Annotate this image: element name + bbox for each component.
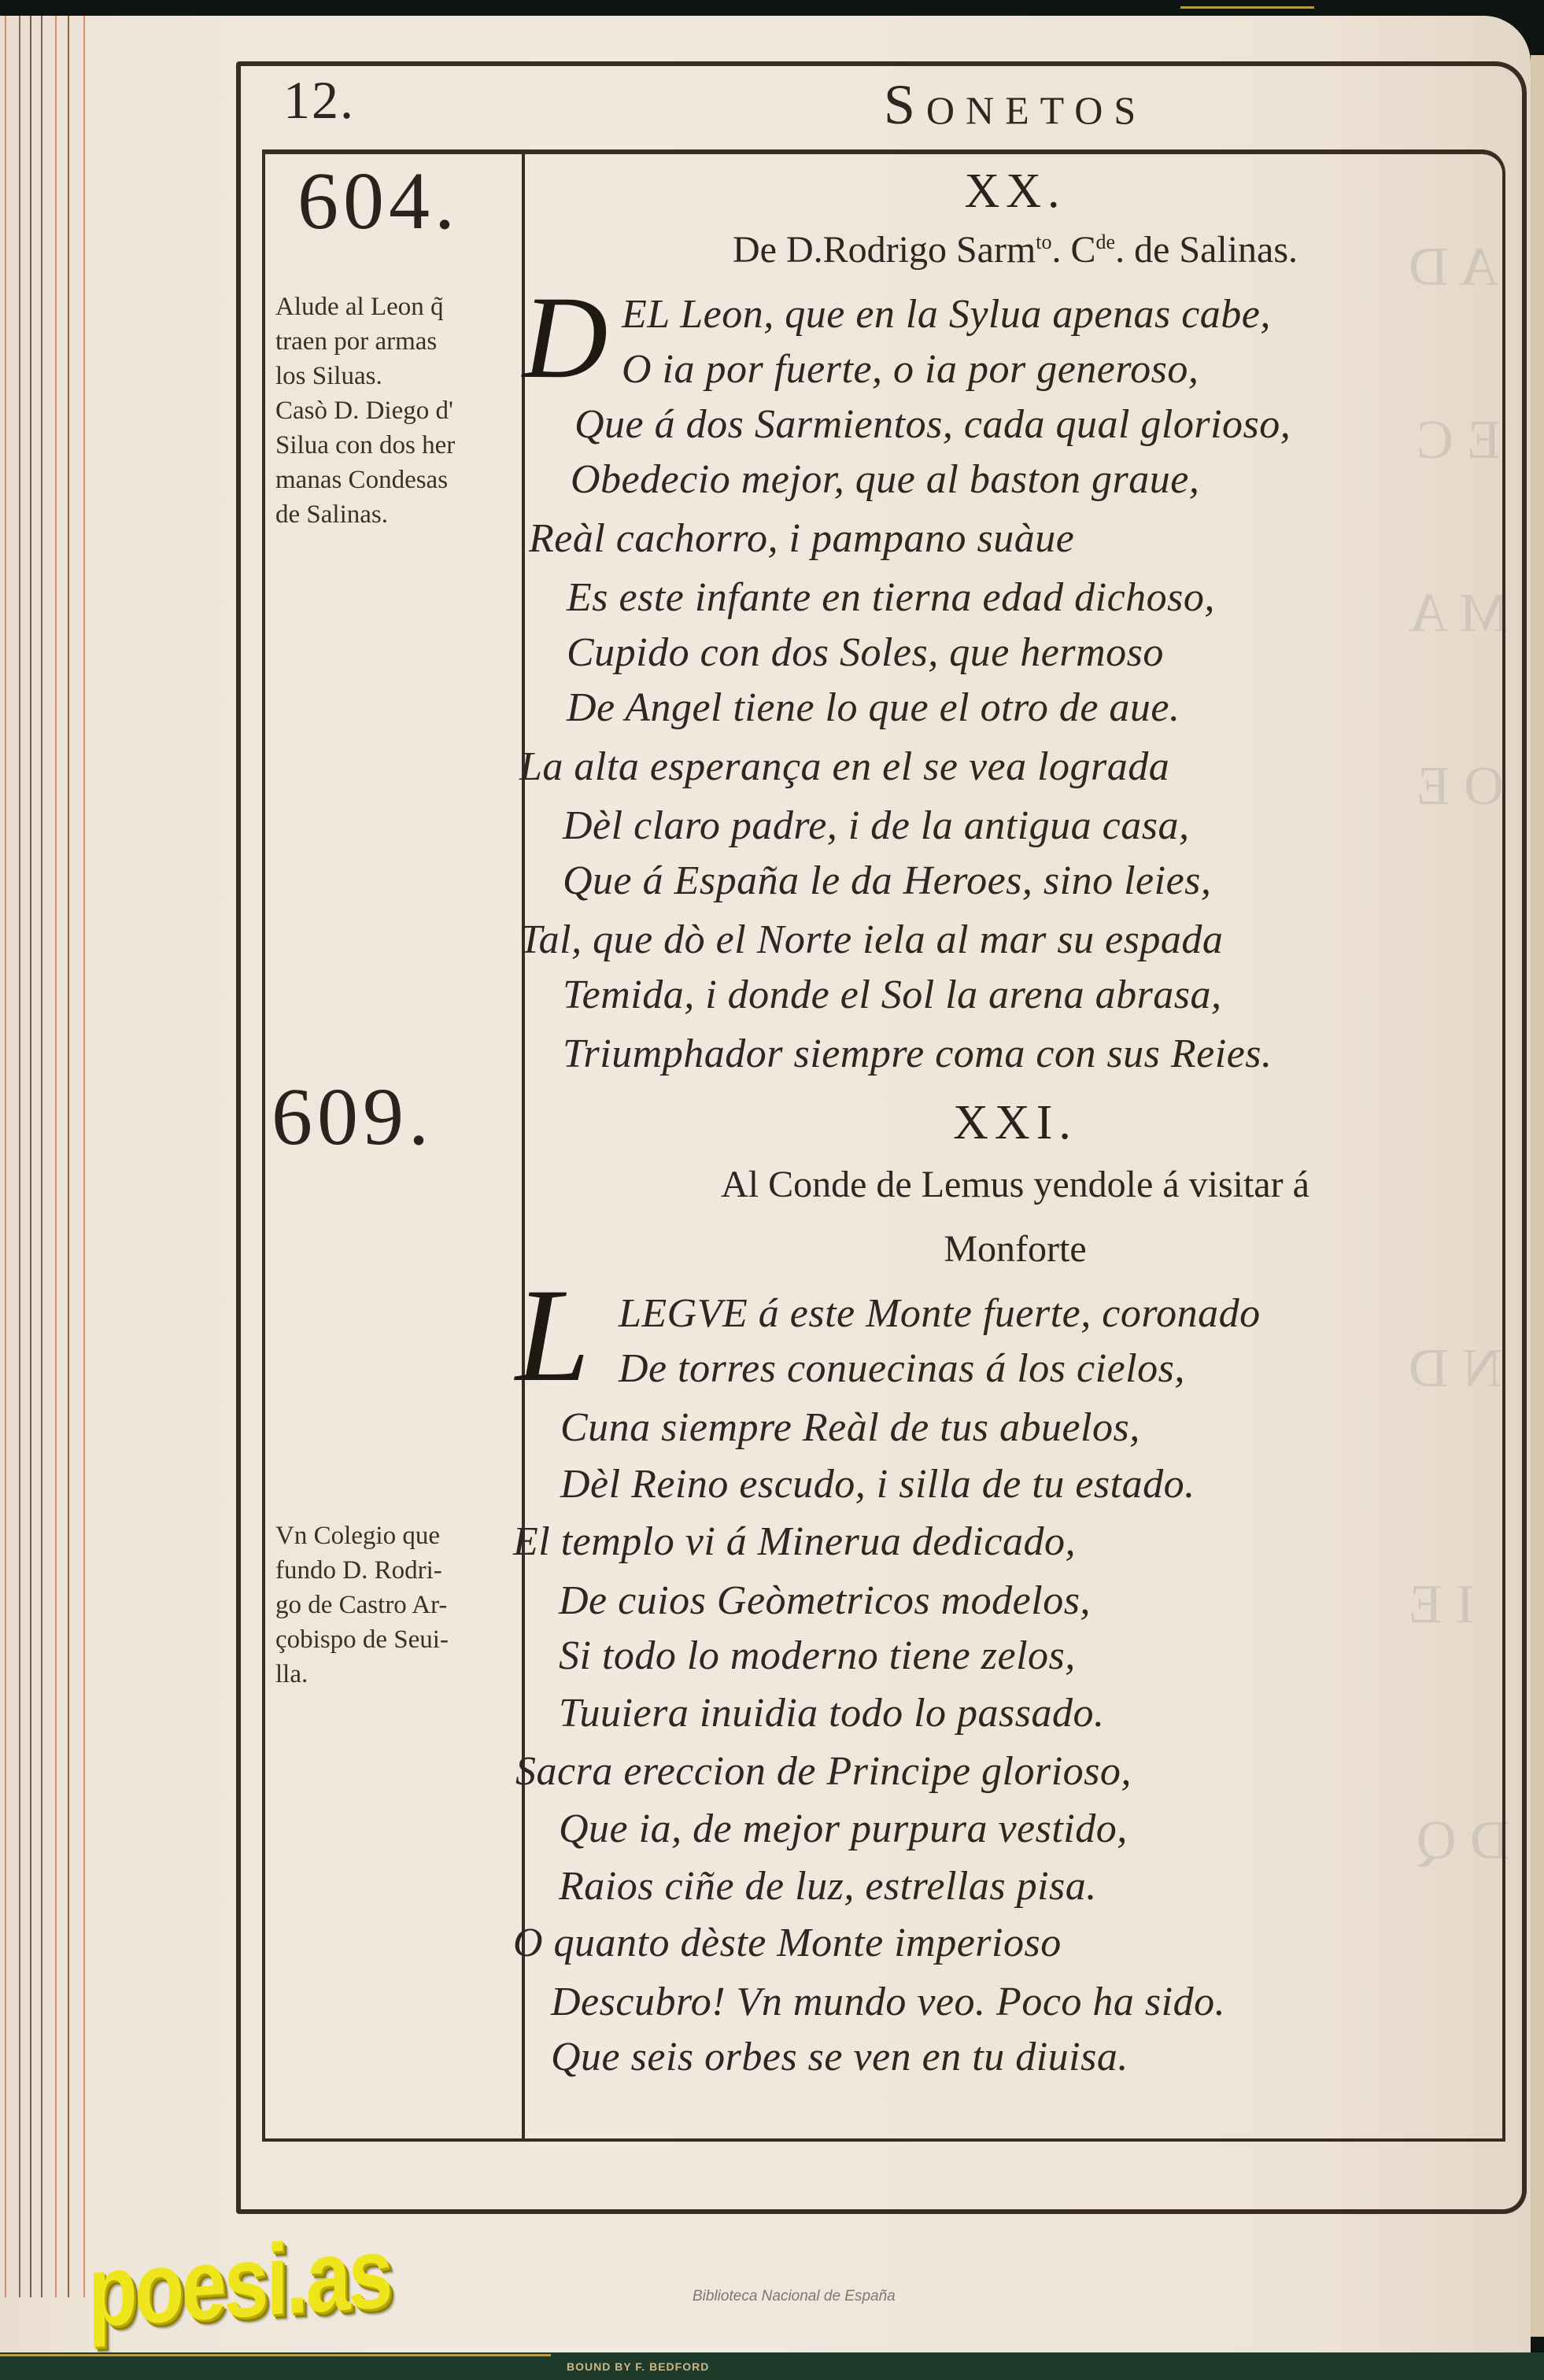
poem-line: La alta esperança en el se vea lograda xyxy=(519,744,1169,790)
cover-gilt-line xyxy=(1180,6,1314,9)
poem-line: Que seis orbes se ven en tu diuisa. xyxy=(551,2034,1128,2080)
poem-line: Es este infante en tierna edad dichoso, xyxy=(567,574,1215,621)
poem-line: EL Leon, que en la Sylua apenas cabe, xyxy=(622,291,1271,338)
page-fore-edge xyxy=(1531,55,1544,2337)
poem-line: Que á dos Sarmientos, cada qual glorioso… xyxy=(574,401,1291,448)
poem-line: Tal, que dò el Norte iela al mar su espa… xyxy=(519,917,1223,963)
poesias-logo[interactable]: poesi.as xyxy=(88,2215,390,2350)
poem-line: O quanto dèste Monte imperioso xyxy=(513,1920,1062,1966)
poem-line: Tuuiera inuidia todo lo passado. xyxy=(559,1690,1105,1736)
poem-line: Que á España le da Heroes, sino leies, xyxy=(563,858,1211,904)
margin-note: Vn Colegio que fundo D. Rodri- go de Cas… xyxy=(275,1518,512,1692)
poem-line: Si todo lo moderno tiene zelos, xyxy=(559,1633,1076,1679)
sonnet-numeral: XX. xyxy=(527,164,1503,220)
title-superscript: to xyxy=(1036,231,1051,253)
margin-note-line: lla. xyxy=(275,1657,512,1692)
binder-stamp: BOUND BY F. BEDFORD xyxy=(567,2360,709,2373)
margin-note-line: de Salinas. xyxy=(275,497,512,532)
margin-column-divider xyxy=(522,151,525,2140)
poem-line: Dèl Reino escudo, i silla de tu estado. xyxy=(560,1461,1195,1507)
margin-note-line: go de Castro Ar- xyxy=(275,1588,512,1622)
poem-line: Temida, i donde el Sol la arena abrasa, xyxy=(563,972,1222,1018)
title-text: . de Salinas. xyxy=(1115,229,1298,271)
margin-note-line: Silua con dos her xyxy=(275,428,512,463)
poem-line: De torres conuecinas á los cielos, xyxy=(619,1345,1185,1392)
margin-note-line: Vn Colegio que xyxy=(275,1518,512,1553)
margin-note-line: çobispo de Seui- xyxy=(275,1622,512,1657)
title-superscript: de xyxy=(1096,231,1116,253)
book-cover-edge: BOUND BY F. BEDFORD xyxy=(0,2352,1544,2380)
margin-reference-number: 609. xyxy=(271,1070,434,1164)
drop-cap: L xyxy=(515,1268,590,1402)
running-head: Sonetos xyxy=(708,72,1322,138)
title-text: . C xyxy=(1052,229,1096,271)
margin-note-line: traen por armas xyxy=(275,324,512,359)
margin-reference-number: 604. xyxy=(297,154,460,248)
poem-line: Obedecio mejor, que al baston graue, xyxy=(571,456,1199,503)
library-credit: Biblioteca Nacional de España xyxy=(693,2288,896,2305)
margin-note-line: Alude al Leon q̃ xyxy=(275,290,512,324)
poem-line: Descubro! Vn mundo veo. Poco ha sido. xyxy=(551,1979,1225,2025)
cover-gilt-line xyxy=(0,2354,551,2356)
margin-note-line: Casò D. Diego d' xyxy=(275,393,512,428)
poem-line: De cuios Geòmetricos modelos, xyxy=(559,1577,1091,1624)
margin-note-line: fundo D. Rodri- xyxy=(275,1553,512,1588)
poem-line: LEGVE á este Monte fuerte, coronado xyxy=(619,1290,1261,1337)
sonnet-title: De D.Rodrigo Sarmto. Cde. de Salinas. xyxy=(527,228,1503,271)
stacked-page-edges xyxy=(0,16,88,2297)
margin-note-line: los Siluas. xyxy=(275,359,512,393)
drop-cap: D xyxy=(523,279,608,397)
poem-line: Triumphador siempre coma con sus Reies. xyxy=(563,1031,1273,1077)
page-number: 12. xyxy=(283,69,355,131)
margin-note-line: manas Condesas xyxy=(275,463,512,497)
title-text: De D.Rodrigo Sarm xyxy=(733,229,1036,271)
sonnet-numeral: XXI. xyxy=(527,1095,1503,1151)
poem-line: Sacra ereccion de Principe glorioso, xyxy=(515,1748,1132,1795)
poem-line: Cupido con dos Soles, que hermoso xyxy=(567,629,1164,676)
poem-line: De Angel tiene lo que el otro de aue. xyxy=(567,684,1180,731)
sonnet-title-line: Monforte xyxy=(527,1227,1503,1271)
poem-line: Cuna siempre Reàl de tus abuelos, xyxy=(560,1404,1140,1451)
sonnet-title-line: Al Conde de Lemus yendole á visitar á xyxy=(527,1163,1503,1206)
poem-line: El templo vi á Minerua dedicado, xyxy=(513,1518,1076,1565)
poem-line: Raios ciñe de luz, estrellas pisa. xyxy=(559,1863,1097,1910)
poem-line: Dèl claro padre, i de la antigua casa, xyxy=(563,803,1190,849)
poem-line: Que ia, de mejor purpura vestido, xyxy=(559,1806,1128,1852)
poem-line: O ia por fuerte, o ia por generoso, xyxy=(622,346,1199,393)
poem-line: Reàl cachorro, i pampano suàue xyxy=(529,515,1074,562)
margin-note: Alude al Leon q̃ traen por armas los Sil… xyxy=(275,290,512,532)
